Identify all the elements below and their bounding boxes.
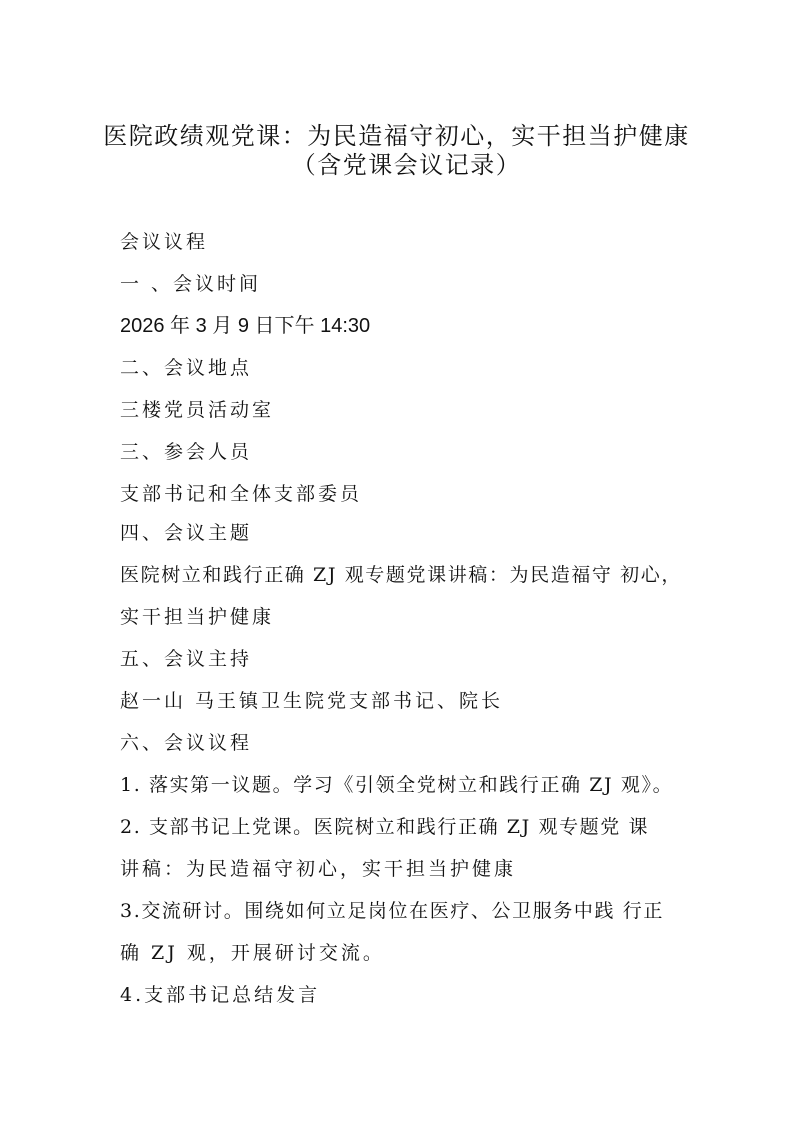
section-heading-location: 二、会议地点 [120,356,252,380]
section-heading-schedule: 六、会议议程 [120,731,252,755]
agenda-item-1: 1. 落实第一议题。学习《引领全党树立和践行正确 ZJ 观》。 [120,773,673,797]
meeting-topic-value-line2: 实干担当护健康 [120,605,274,629]
agenda-item-2-line2: 讲稿：为民造福守初心，实干担当护健康 [120,857,516,881]
section-heading-host: 五、会议主持 [120,647,252,671]
section-heading-topic: 四、会议主题 [120,521,252,545]
document-subtitle: （含党课会议记录） [10,145,793,180]
meeting-host-value: 赵一山 马王镇卫生院党支部书记、院长 [120,689,503,713]
meeting-topic-value-line1: 医院树立和践行正确 ZJ 观专题党课讲稿：为民造福守 初心， [120,563,682,587]
document-page: 医院政绩观党课：为民造福守初心，实干担当护健康 （含党课会议记录） 会议议程 一… [0,0,793,1122]
section-heading-agenda: 会议议程 [120,230,208,254]
section-heading-attendees: 三、参会人员 [120,440,252,464]
agenda-item-4: 4.支部书记总结发言 [120,983,320,1007]
agenda-item-2-line1: 2. 支部书记上党课。医院树立和践行正确 ZJ 观专题党 课 [120,815,649,839]
agenda-item-3-line1: 3.交流研讨。围绕如何立足岗位在医疗、公卫服务中践 行正 [120,899,664,923]
section-heading-time: 一 、会议时间 [120,272,261,296]
agenda-item-3-line2: 确 ZJ 观，开展研讨交流。 [120,941,385,965]
meeting-attendees-value: 支部书记和全体支部委员 [120,482,362,506]
meeting-location-value: 三楼党员活动室 [120,398,274,422]
meeting-time-value: 2026 年 3 月 9 日下午 14:30 [120,314,370,338]
